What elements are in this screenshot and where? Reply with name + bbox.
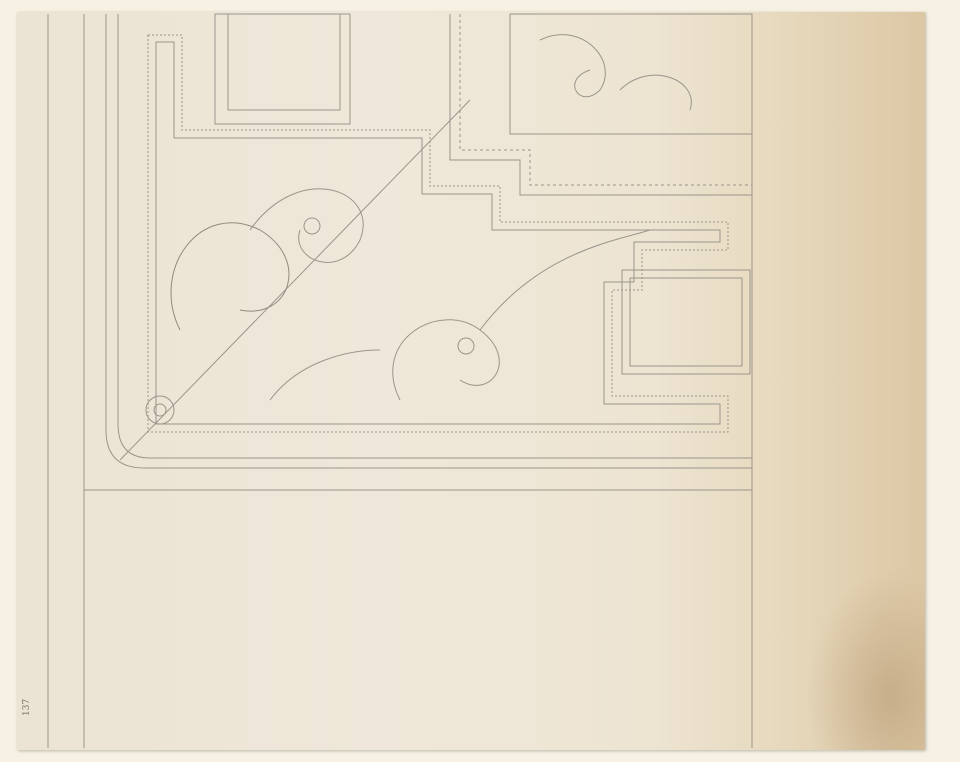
inscription: 137: [22, 699, 32, 716]
ornament-drawing: [0, 0, 960, 762]
